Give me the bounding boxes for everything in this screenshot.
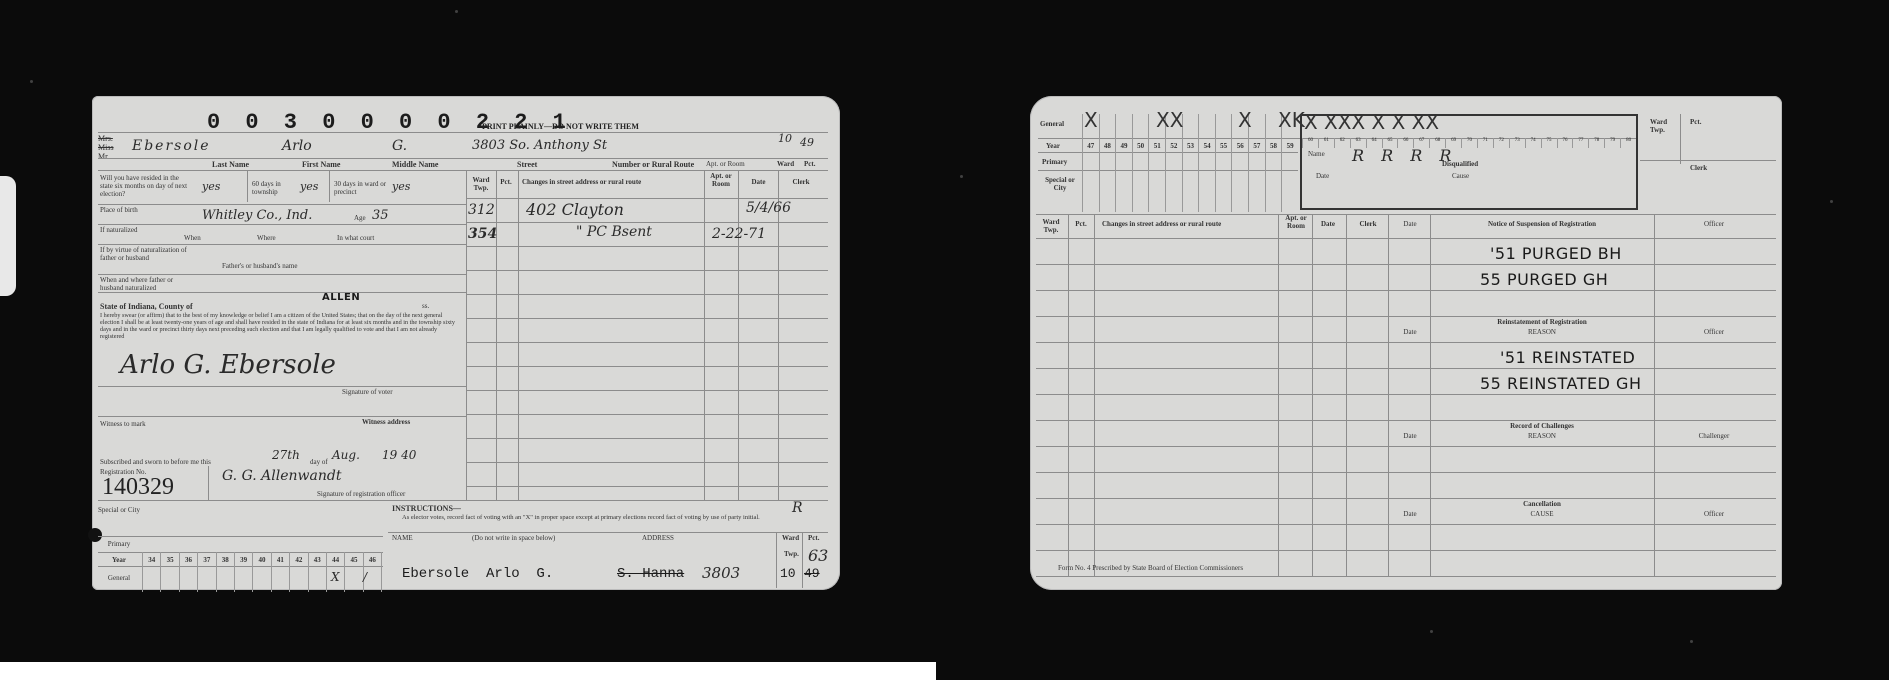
reinstatement-title: Reinstatement of Registration bbox=[1430, 318, 1654, 326]
background-speck bbox=[30, 80, 33, 83]
subscribed-label: Subscribed and sworn to before me this bbox=[100, 458, 211, 466]
voter-registration-card-front: 0 0 3 0 0 0 0 2 2 1 PRINT PLAINLY—DO NOT… bbox=[92, 96, 840, 590]
cancellation-title: Cancellation bbox=[1430, 500, 1654, 508]
general-vote-mark-44: X bbox=[331, 570, 340, 584]
voter-registration-card-back: General Year Primary Special or City 47 … bbox=[1030, 96, 1782, 590]
pct-value: 49 bbox=[800, 136, 814, 149]
form-footer-note: Form No. 4 Prescribed by State Board of … bbox=[1058, 564, 1243, 572]
footer-pct-label: Pct. bbox=[808, 534, 819, 542]
reinstatement-reason-label: REASON bbox=[1430, 328, 1654, 336]
film-edge-tab bbox=[0, 176, 16, 296]
vote-mark-x: XX bbox=[1156, 108, 1183, 132]
bottom-white-bar bbox=[0, 662, 936, 680]
witness-label: Witness to mark bbox=[100, 420, 146, 428]
age-value: 35 bbox=[372, 208, 389, 223]
change-row-2-address: " PC Bsent bbox=[576, 224, 652, 240]
instructions-title: INSTRUCTIONS— bbox=[392, 504, 461, 513]
father-name-label: Father's or husband's name bbox=[222, 262, 297, 270]
background-speck bbox=[960, 175, 963, 178]
ss-label: ss. bbox=[422, 302, 429, 310]
birthplace-value: Whitley Co., Ind. bbox=[202, 208, 312, 223]
subscribed-day: 27th bbox=[272, 448, 300, 462]
suspension-entry-1: '51 PURGED BH bbox=[1490, 244, 1622, 263]
footer-ward-value: 10 bbox=[780, 566, 796, 581]
general-vote-mark-45: / bbox=[363, 570, 367, 584]
residency-ward-question: 30 days in ward or precinct bbox=[334, 180, 389, 196]
last-name-value: Ebersole bbox=[132, 138, 211, 154]
day-of-label: day of bbox=[310, 458, 328, 466]
print-plainly-instruction: PRINT PLAINLY—DO NOT WRITE THEM bbox=[482, 122, 639, 131]
background-speck bbox=[1430, 630, 1433, 633]
street-address-value: 3803 So. Anthony St bbox=[472, 138, 607, 153]
last-name-label: Last Name bbox=[212, 160, 249, 169]
change-row-2-ward: 354 bbox=[468, 226, 497, 242]
salutation-options: Mrs. Miss Mr. bbox=[98, 134, 122, 161]
cancellation-officer-label: Officer bbox=[1654, 510, 1774, 518]
background-speck bbox=[1690, 640, 1693, 643]
vote-mark-x: X bbox=[1084, 108, 1098, 132]
footer-address-label: ADDRESS bbox=[642, 534, 674, 542]
middle-name-label: Middle Name bbox=[392, 160, 438, 169]
suspension-date-label: Date bbox=[1390, 220, 1430, 228]
clerk-label-right: Clerk bbox=[1690, 164, 1707, 172]
change-row-1-address: 402 Clayton bbox=[526, 200, 624, 219]
reinstatement-officer-label: Officer bbox=[1654, 328, 1774, 336]
change-row-1-date: 5/4/66 bbox=[746, 200, 791, 216]
pct-label-right: Pct. bbox=[1690, 118, 1701, 126]
typed-voter-name: Ebersole Arlo G. bbox=[402, 566, 553, 582]
challenges-title: Record of Challenges bbox=[1430, 422, 1654, 430]
footer-do-not-write-label: (Do not write in space below) bbox=[472, 534, 555, 542]
instructions-handwritten-mark: R bbox=[792, 500, 803, 516]
reinstatement-entry-1: '51 REINSTATED bbox=[1500, 348, 1635, 367]
officer-signature: G. G. Allenwandt bbox=[222, 468, 341, 484]
suspension-title: Notice of Suspension of Registration bbox=[1430, 220, 1654, 228]
apt-room-label: Apt. or Room bbox=[706, 160, 745, 168]
suspension-officer-label: Officer bbox=[1654, 220, 1774, 228]
voter-signature: Arlo G. Ebersole bbox=[120, 350, 336, 380]
footer-twp-label: Twp. bbox=[784, 550, 799, 558]
vote-mark-x: X bbox=[1238, 108, 1252, 132]
state-county-label: State of Indiana, County of bbox=[100, 302, 193, 311]
pct-label: Pct. bbox=[804, 160, 815, 168]
father-when-where-label: When and where father or husband natural… bbox=[100, 276, 195, 292]
primary-party-marks: R R R R bbox=[1352, 146, 1457, 165]
typed-address-struck: S. Hanna bbox=[617, 566, 684, 582]
naturalized-court-label: In what court bbox=[337, 234, 374, 242]
vote-mark-x: X XXX X X XX bbox=[1304, 110, 1439, 134]
first-name-label: First Name bbox=[302, 160, 340, 169]
handwritten-address-number: 3803 bbox=[702, 564, 740, 582]
footer-ward-label: Ward bbox=[782, 534, 799, 542]
street-label: Street bbox=[517, 160, 537, 169]
cancellation-cause-label: CAUSE bbox=[1430, 510, 1654, 518]
footer-pct-new: 63 bbox=[808, 546, 828, 565]
naturalized-label: If naturalized bbox=[100, 226, 140, 234]
oath-text: I hereby swear (or affirm) that to the b… bbox=[100, 312, 460, 340]
registration-number: 140329 bbox=[102, 474, 174, 501]
residency-township-answer: yes bbox=[300, 180, 318, 193]
county-value: ALLEN bbox=[322, 292, 360, 303]
voting-record-grid: Special or City Primary Year General 34 … bbox=[98, 500, 383, 588]
naturalized-when-label: When bbox=[184, 234, 201, 242]
witness-address-label: Witness address bbox=[362, 418, 410, 426]
challenges-date-label: Date bbox=[1390, 432, 1430, 440]
change-row-1-ward: 312 bbox=[468, 202, 495, 218]
background-speck bbox=[1830, 200, 1833, 203]
voting-record-grid-continued: General Year Primary Special or City 47 … bbox=[1038, 114, 1638, 212]
voter-signature-label: Signature of voter bbox=[342, 388, 393, 396]
residency-ward-answer: yes bbox=[392, 180, 410, 193]
ward-label: Ward bbox=[777, 160, 794, 168]
residency-state-question: Will you have resided in the state six m… bbox=[100, 174, 190, 198]
reinstatement-date-label: Date bbox=[1390, 328, 1430, 336]
reinstatement-entry-2: 55 REINSTATED GH bbox=[1480, 374, 1641, 393]
background-speck bbox=[455, 10, 458, 13]
residency-township-question: 60 days in township bbox=[252, 180, 302, 196]
challenger-label: Challenger bbox=[1654, 432, 1774, 440]
subscribed-year: 19 40 bbox=[382, 448, 416, 462]
cancellation-date-label: Date bbox=[1390, 510, 1430, 518]
voting-grid-boxed-section: 60 61 62 63 64 65 66 67 68 69 70 71 72 7… bbox=[1300, 114, 1638, 210]
footer-name-label: NAME bbox=[392, 534, 413, 542]
middle-name-value: G. bbox=[392, 138, 407, 154]
ward-value: 10 bbox=[778, 132, 792, 145]
residency-state-answer: yes bbox=[202, 180, 220, 193]
challenges-reason-label: REASON bbox=[1430, 432, 1654, 440]
suspension-entry-2: 55 PURGED GH bbox=[1480, 270, 1608, 289]
naturalized-where-label: Where bbox=[257, 234, 276, 242]
ward-twp-label: Ward Twp. bbox=[1650, 118, 1680, 134]
change-row-2-date: 2-22-71 bbox=[712, 226, 766, 242]
father-naturalization-label: If by virtue of naturalization of father… bbox=[100, 246, 195, 262]
age-label: Age bbox=[354, 214, 366, 222]
instructions-text: As elector votes, record fact of voting … bbox=[402, 514, 782, 522]
subscribed-month: Aug. bbox=[332, 448, 360, 462]
footer-pct-struck: 49 bbox=[804, 566, 820, 581]
route-label: Number or Rural Route bbox=[612, 160, 694, 169]
birthplace-label: Place of birth bbox=[100, 206, 140, 214]
officer-signature-label: Signature of registration officer bbox=[317, 490, 405, 498]
first-name-value: Arlo bbox=[282, 138, 312, 154]
